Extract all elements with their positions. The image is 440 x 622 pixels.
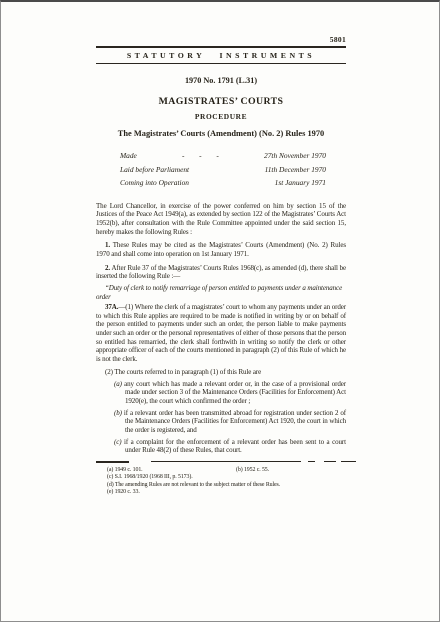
date-leader-dashes [189, 176, 275, 190]
list-item-b: (b) if a relevant order has been transmi… [96, 409, 346, 435]
footnote-rule-segment [341, 461, 356, 462]
category-heading: PROCEDURE [96, 112, 346, 121]
list-item-text: if a relevant order has been transmitted… [122, 409, 346, 434]
footnotes-block: (a) 1949 c. 101. (b) 1952 c. 55. (c) S.I… [107, 467, 346, 496]
instrument-title: The Magistrates’ Courts (Amendment) (No.… [96, 129, 346, 138]
rule-1-text: These Rules may be cited as the Magistra… [96, 241, 346, 258]
date-leader-dashes: - - - [137, 149, 264, 163]
rule-1-paragraph: 1. These Rules may be cited as the Magis… [96, 241, 346, 258]
page-number: 5801 [96, 35, 346, 44]
inserted-rule-heading: “Duty of clerk to notify remarriage of p… [96, 284, 346, 302]
date-value: 11th December 1970 [265, 163, 326, 177]
preamble-paragraph: The Lord Chancellor, in exercise of the … [96, 202, 346, 237]
date-row-laid: Laid before Parliament 11th December 197… [120, 163, 326, 177]
list-item-a: (a) any court which has made a relevant … [96, 380, 346, 406]
rule-2-paragraph: 2. After Rule 37 of the Magistrates’ Cou… [96, 264, 346, 281]
footnote-rule-segment [308, 461, 315, 462]
list-item-marker: (a) [114, 380, 122, 388]
date-row-made: Made - - - 27th November 1970 [120, 149, 326, 163]
masthead-title: STATUTORY INSTRUMENTS [127, 51, 315, 60]
footnote-b: (b) 1952 c. 55. [236, 467, 269, 474]
footnote-e: (e) 1920 c. 33. [107, 489, 346, 496]
list-item-text: if a complaint for the enforcement of a … [121, 438, 346, 455]
date-label: Coming into Operation [120, 176, 189, 190]
rule-37a-number: 37A. [105, 303, 118, 311]
date-label: Made [120, 149, 137, 163]
date-row-operation: Coming into Operation 1st January 1971 [120, 176, 326, 190]
footnote-c: (c) S.I. 1968/1920 (1968 III, p. 5173). [107, 474, 346, 481]
footnote-rule-segment [96, 461, 129, 463]
rule-2-text: After Rule 37 of the Magistrates’ Courts… [96, 264, 346, 281]
document-page: 5801 STATUTORY INSTRUMENTS 1970 No. 1791… [0, 0, 440, 622]
si-number: 1970 No. 1791 (L.31) [96, 76, 346, 85]
list-item-c: (c) if a complaint for the enforcement o… [96, 438, 346, 455]
footnote-d: (d) The amending Rules are not relevant … [107, 482, 346, 489]
page-content: 5801 STATUTORY INSTRUMENTS 1970 No. 1791… [96, 35, 346, 496]
masthead-banner: STATUTORY INSTRUMENTS [96, 46, 346, 64]
footnote-a: (a) 1949 c. 101. [107, 467, 143, 473]
rule-37a-text: —(1) Where the clerk of a magistrates’ c… [96, 303, 346, 363]
date-leader-dashes [189, 163, 264, 177]
rule-37a-paragraph-1: 37A.—(1) Where the clerk of a magistrate… [96, 303, 346, 364]
footnote-rule-segment [151, 461, 301, 462]
list-item-marker: (b) [114, 409, 122, 417]
subject-heading: MAGISTRATES’ COURTS [96, 96, 346, 107]
list-item-text: any court which has made a relevant orde… [122, 380, 346, 405]
dates-table: Made - - - 27th November 1970 Laid befor… [120, 149, 326, 190]
footnote-row-1: (a) 1949 c. 101. (b) 1952 c. 55. [107, 467, 346, 474]
rule-37a-paragraph-2-intro: (2) The courts referred to in paragraph … [96, 368, 346, 377]
date-label: Laid before Parliament [120, 163, 189, 177]
footnote-rule-segment [324, 461, 336, 462]
footnote-separator [96, 461, 346, 464]
date-value: 27th November 1970 [264, 149, 326, 163]
date-value: 1st January 1971 [275, 176, 326, 190]
